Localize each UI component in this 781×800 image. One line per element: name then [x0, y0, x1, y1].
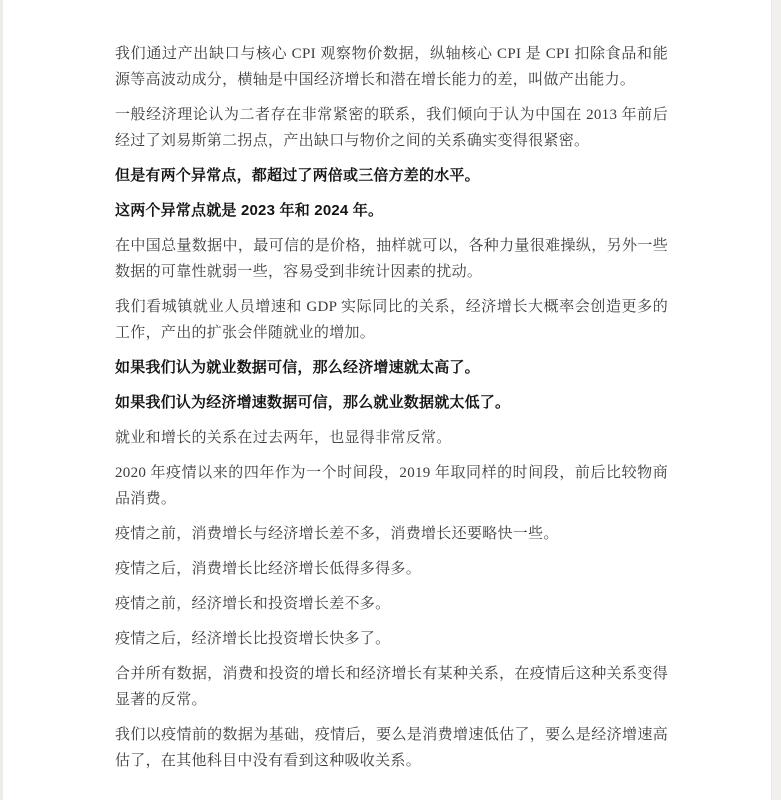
page-right-edge — [771, 0, 781, 800]
paragraph: 疫情之前，经济增长和投资增长差不多。 — [115, 591, 668, 617]
paragraph: 在中国总量数据中，最可信的是价格，抽样就可以，各种力量很难操纵，另外一些数据的可… — [115, 233, 668, 285]
paragraph: 疫情之后，消费增长比经济增长低得多得多。 — [115, 556, 668, 582]
paragraph: 如果我们认为经济增速数据可信，那么就业数据就太低了。 — [115, 390, 668, 416]
paragraph: 但是有两个异常点，都超过了两倍或三倍方差的水平。 — [115, 163, 668, 189]
paragraph: 2020 年疫情以来的四年作为一个时间段，2019 年取同样的时间段，前后比较物… — [115, 460, 668, 512]
paragraph: 疫情之后，经济增长比投资增长快多了。 — [115, 626, 668, 652]
document-body: 我们通过产出缺口与核心 CPI 观察物价数据，纵轴核心 CPI 是 CPI 扣除… — [115, 41, 668, 783]
paragraph: 如果我们认为就业数据可信，那么经济增速就太高了。 — [115, 355, 668, 381]
paragraph: 我们以疫情前的数据为基础，疫情后，要么是消费增速低估了，要么是经济增速高估了，在… — [115, 722, 668, 774]
paragraph: 一般经济理论认为二者存在非常紧密的联系，我们倾向于认为中国在 2013 年前后经… — [115, 102, 668, 154]
paragraph: 就业和增长的关系在过去两年，也显得非常反常。 — [115, 425, 668, 451]
document-page: 我们通过产出缺口与核心 CPI 观察物价数据，纵轴核心 CPI 是 CPI 扣除… — [0, 0, 781, 800]
paragraph: 疫情之前，消费增长与经济增长差不多，消费增长还要略快一些。 — [115, 521, 668, 547]
paragraph: 合并所有数据，消费和投资的增长和经济增长有某种关系，在疫情后这种关系变得显著的反… — [115, 661, 668, 713]
page-left-edge — [0, 0, 3, 800]
paragraph: 我们通过产出缺口与核心 CPI 观察物价数据，纵轴核心 CPI 是 CPI 扣除… — [115, 41, 668, 93]
paragraph: 我们看城镇就业人员增速和 GDP 实际同比的关系，经济增长大概率会创造更多的工作… — [115, 294, 668, 346]
paragraph: 这两个异常点就是 2023 年和 2024 年。 — [115, 198, 668, 224]
